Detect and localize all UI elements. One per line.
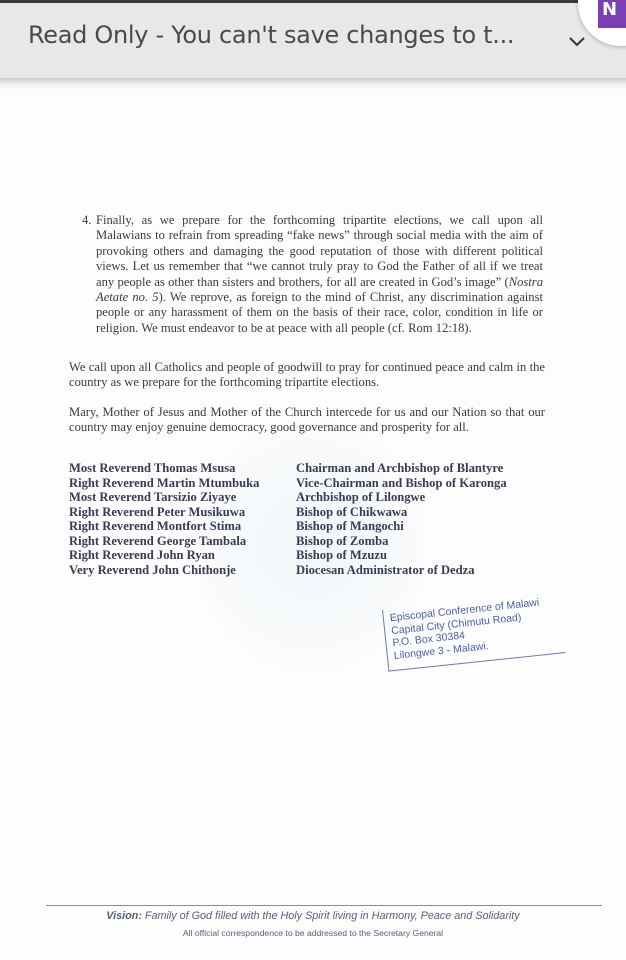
- call-paragraph: We call upon all Catholics and people of…: [69, 360, 545, 391]
- vision-text: Family of God filled with the Holy Spiri…: [142, 910, 520, 922]
- signatory-name: Most Reverend Tarsizio Ziyaye: [69, 490, 296, 505]
- signatory-title: Vice-Chairman and Bishop of Karonga: [296, 476, 507, 491]
- footer-divider: [46, 905, 602, 906]
- paragraph-4: 4. Finally, as we prepare for the forthc…: [82, 213, 543, 336]
- signatory-name: Very Reverend John Chithonje: [69, 563, 296, 578]
- read-only-banner[interactable]: Read Only - You can't save changes to t.…: [0, 0, 626, 78]
- signatory-title: Diocesan Administrator of Dedza: [296, 563, 475, 578]
- signatory-row: Right Reverend Martin MtumbukaVice-Chair…: [69, 476, 507, 491]
- signatories-list: Most Reverend Thomas MsusaChairman and A…: [69, 461, 507, 577]
- signatory-row: Right Reverend Montfort StimaBishop of M…: [69, 519, 507, 534]
- signatory-name: Right Reverend Montfort Stima: [69, 519, 296, 534]
- signatory-row: Right Reverend John RyanBishop of Mzuzu: [69, 548, 507, 563]
- banner-shadow: [0, 78, 626, 90]
- vision-label: Vision:: [106, 910, 142, 922]
- signatory-row: Right Reverend Peter MusikuwaBishop of C…: [69, 505, 507, 520]
- banner-title[interactable]: Read Only - You can't save changes to t.…: [28, 21, 514, 49]
- signatory-row: Most Reverend Tarsizio ZiyayeArchbishop …: [69, 490, 507, 505]
- signatory-row: Most Reverend Thomas MsusaChairman and A…: [69, 461, 507, 476]
- document-page: 4. Finally, as we prepare for the forthc…: [0, 90, 626, 960]
- signatory-title: Bishop of Mzuzu: [296, 548, 387, 563]
- paragraph-4-text-b: ). We reprove, as foreign to the mind of…: [96, 290, 543, 335]
- paragraph-number: 4.: [82, 213, 91, 228]
- signatory-title: Bishop of Mangochi: [296, 519, 404, 534]
- signatory-title: Bishop of Zomba: [296, 534, 388, 549]
- signatory-title: Bishop of Chikwawa: [296, 505, 407, 520]
- signatory-name: Most Reverend Thomas Msusa: [69, 461, 296, 476]
- paragraph-4-text-a: Finally, as we prepare for the forthcomi…: [96, 213, 543, 289]
- onenote-icon: N: [598, 0, 626, 28]
- footer-note: All official correspondence to be addres…: [0, 928, 626, 938]
- signatory-name: Right Reverend John Ryan: [69, 548, 296, 563]
- signatory-name: Right Reverend Martin Mtumbuka: [69, 476, 296, 491]
- footer-vision: Vision: Family of God filled with the Ho…: [0, 910, 626, 922]
- signatory-title: Chairman and Archbishop of Blantyre: [296, 461, 503, 476]
- signatory-name: Right Reverend Peter Musikuwa: [69, 505, 296, 520]
- signatory-row: Right Reverend George TambalaBishop of Z…: [69, 534, 507, 549]
- mary-paragraph: Mary, Mother of Jesus and Mother of the …: [69, 405, 545, 436]
- signatory-name: Right Reverend George Tambala: [69, 534, 296, 549]
- chevron-down-icon[interactable]: [566, 33, 588, 51]
- signatory-title: Archbishop of Lilongwe: [296, 490, 425, 505]
- signatory-row: Very Reverend John ChithonjeDiocesan Adm…: [69, 563, 507, 578]
